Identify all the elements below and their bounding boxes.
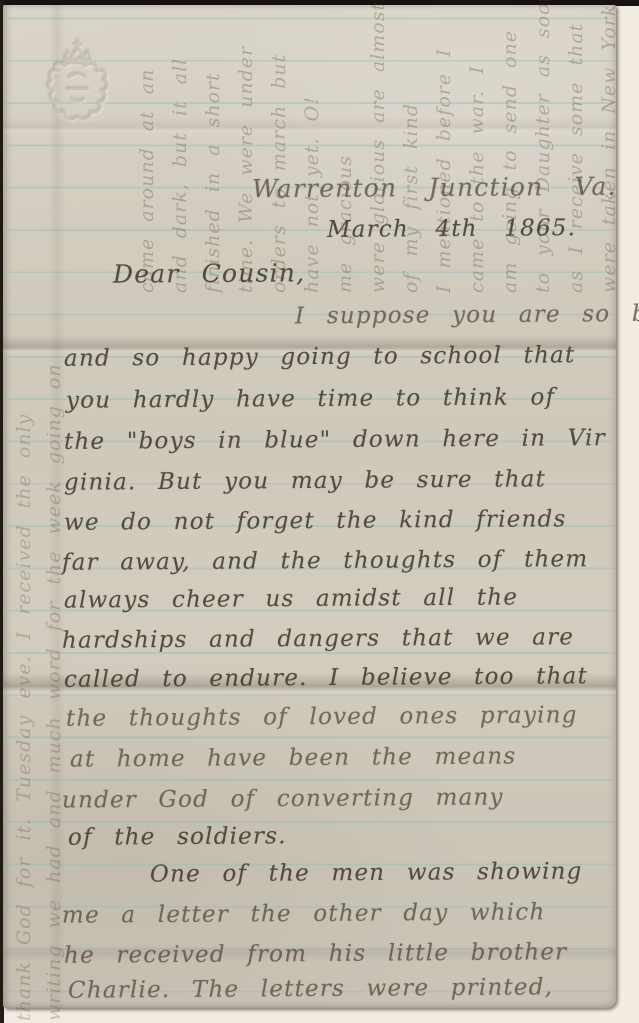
- cross-writing-line: as I receive some that: [560, 5, 593, 293]
- letter-line: of the soldiers.: [68, 823, 287, 851]
- cross-writing-line: came around at an: [131, 5, 164, 293]
- letter-line: One of the men was showing: [150, 858, 583, 887]
- letter-line: at home have been the means: [70, 743, 516, 772]
- letter-line: I suppose you are so busy: [295, 301, 639, 330]
- letter-salutation: Dear Cousin,: [113, 258, 305, 288]
- letter-line: we do not forget the kind friends: [64, 506, 567, 536]
- letter-line: under God of converting many: [62, 784, 504, 813]
- letter-line: you hardly have time to think of: [66, 384, 555, 413]
- cross-writing-line: finished in a short: [197, 5, 230, 293]
- cross-writing-line: am going to send one: [494, 5, 527, 293]
- margin-writing-line: thank God for it. Tuesday eve. I receive…: [9, 231, 39, 1021]
- cross-writing-line: me gracious: [329, 5, 362, 293]
- letter-line: always cheer us amidst all the: [64, 584, 518, 613]
- letter-line: hardships and dangers that we are: [62, 624, 574, 654]
- letter-line: me a letter the other day which: [62, 899, 546, 928]
- letter-line: called to endure. I believe too that: [64, 663, 588, 693]
- letter-line: and so happy going to school that: [64, 342, 576, 372]
- letter-line: the "boys in blue" down here in Vir: [64, 425, 606, 455]
- cross-writing-top: came around at an and dark, but it all f…: [131, 5, 626, 293]
- letter-line: far away, and the thoughts of them: [62, 546, 588, 576]
- cross-writing-line: came to the war. I: [461, 5, 494, 293]
- cross-writing-line: and dark, but it all: [164, 5, 197, 293]
- letter-line: he received from his little brother: [64, 939, 567, 969]
- cross-writing-line: of my first kind: [395, 5, 428, 293]
- letter-line: Charlie. The letters were printed,: [68, 974, 553, 1003]
- embossed-seal-icon: [37, 37, 119, 139]
- scanned-letter-page: came around at an and dark, but it all f…: [3, 5, 616, 1008]
- cross-writing-line: I mentioned before I: [428, 5, 461, 293]
- cross-writing-line: to your Daughter as soon: [527, 5, 560, 293]
- cross-writing-margin: thank God for it. Tuesday eve. I receive…: [9, 231, 69, 1021]
- letter-date-line: March 4th 1865.: [327, 215, 576, 243]
- cross-writing-line: were taken in New York: [593, 5, 626, 293]
- cross-writing-line: have not yet. O!: [296, 5, 329, 293]
- letter-line: ginia. But you may be sure that: [64, 466, 546, 495]
- cross-writing-line: orders to march but: [263, 5, 296, 293]
- cross-writing-line: were glorious are almost: [362, 5, 395, 293]
- letter-line: the thoughts of loved ones praying: [66, 702, 578, 732]
- cross-writing-line: time. We were under: [230, 5, 263, 293]
- letter-place-line: Warrenton Junction Va.: [252, 172, 617, 204]
